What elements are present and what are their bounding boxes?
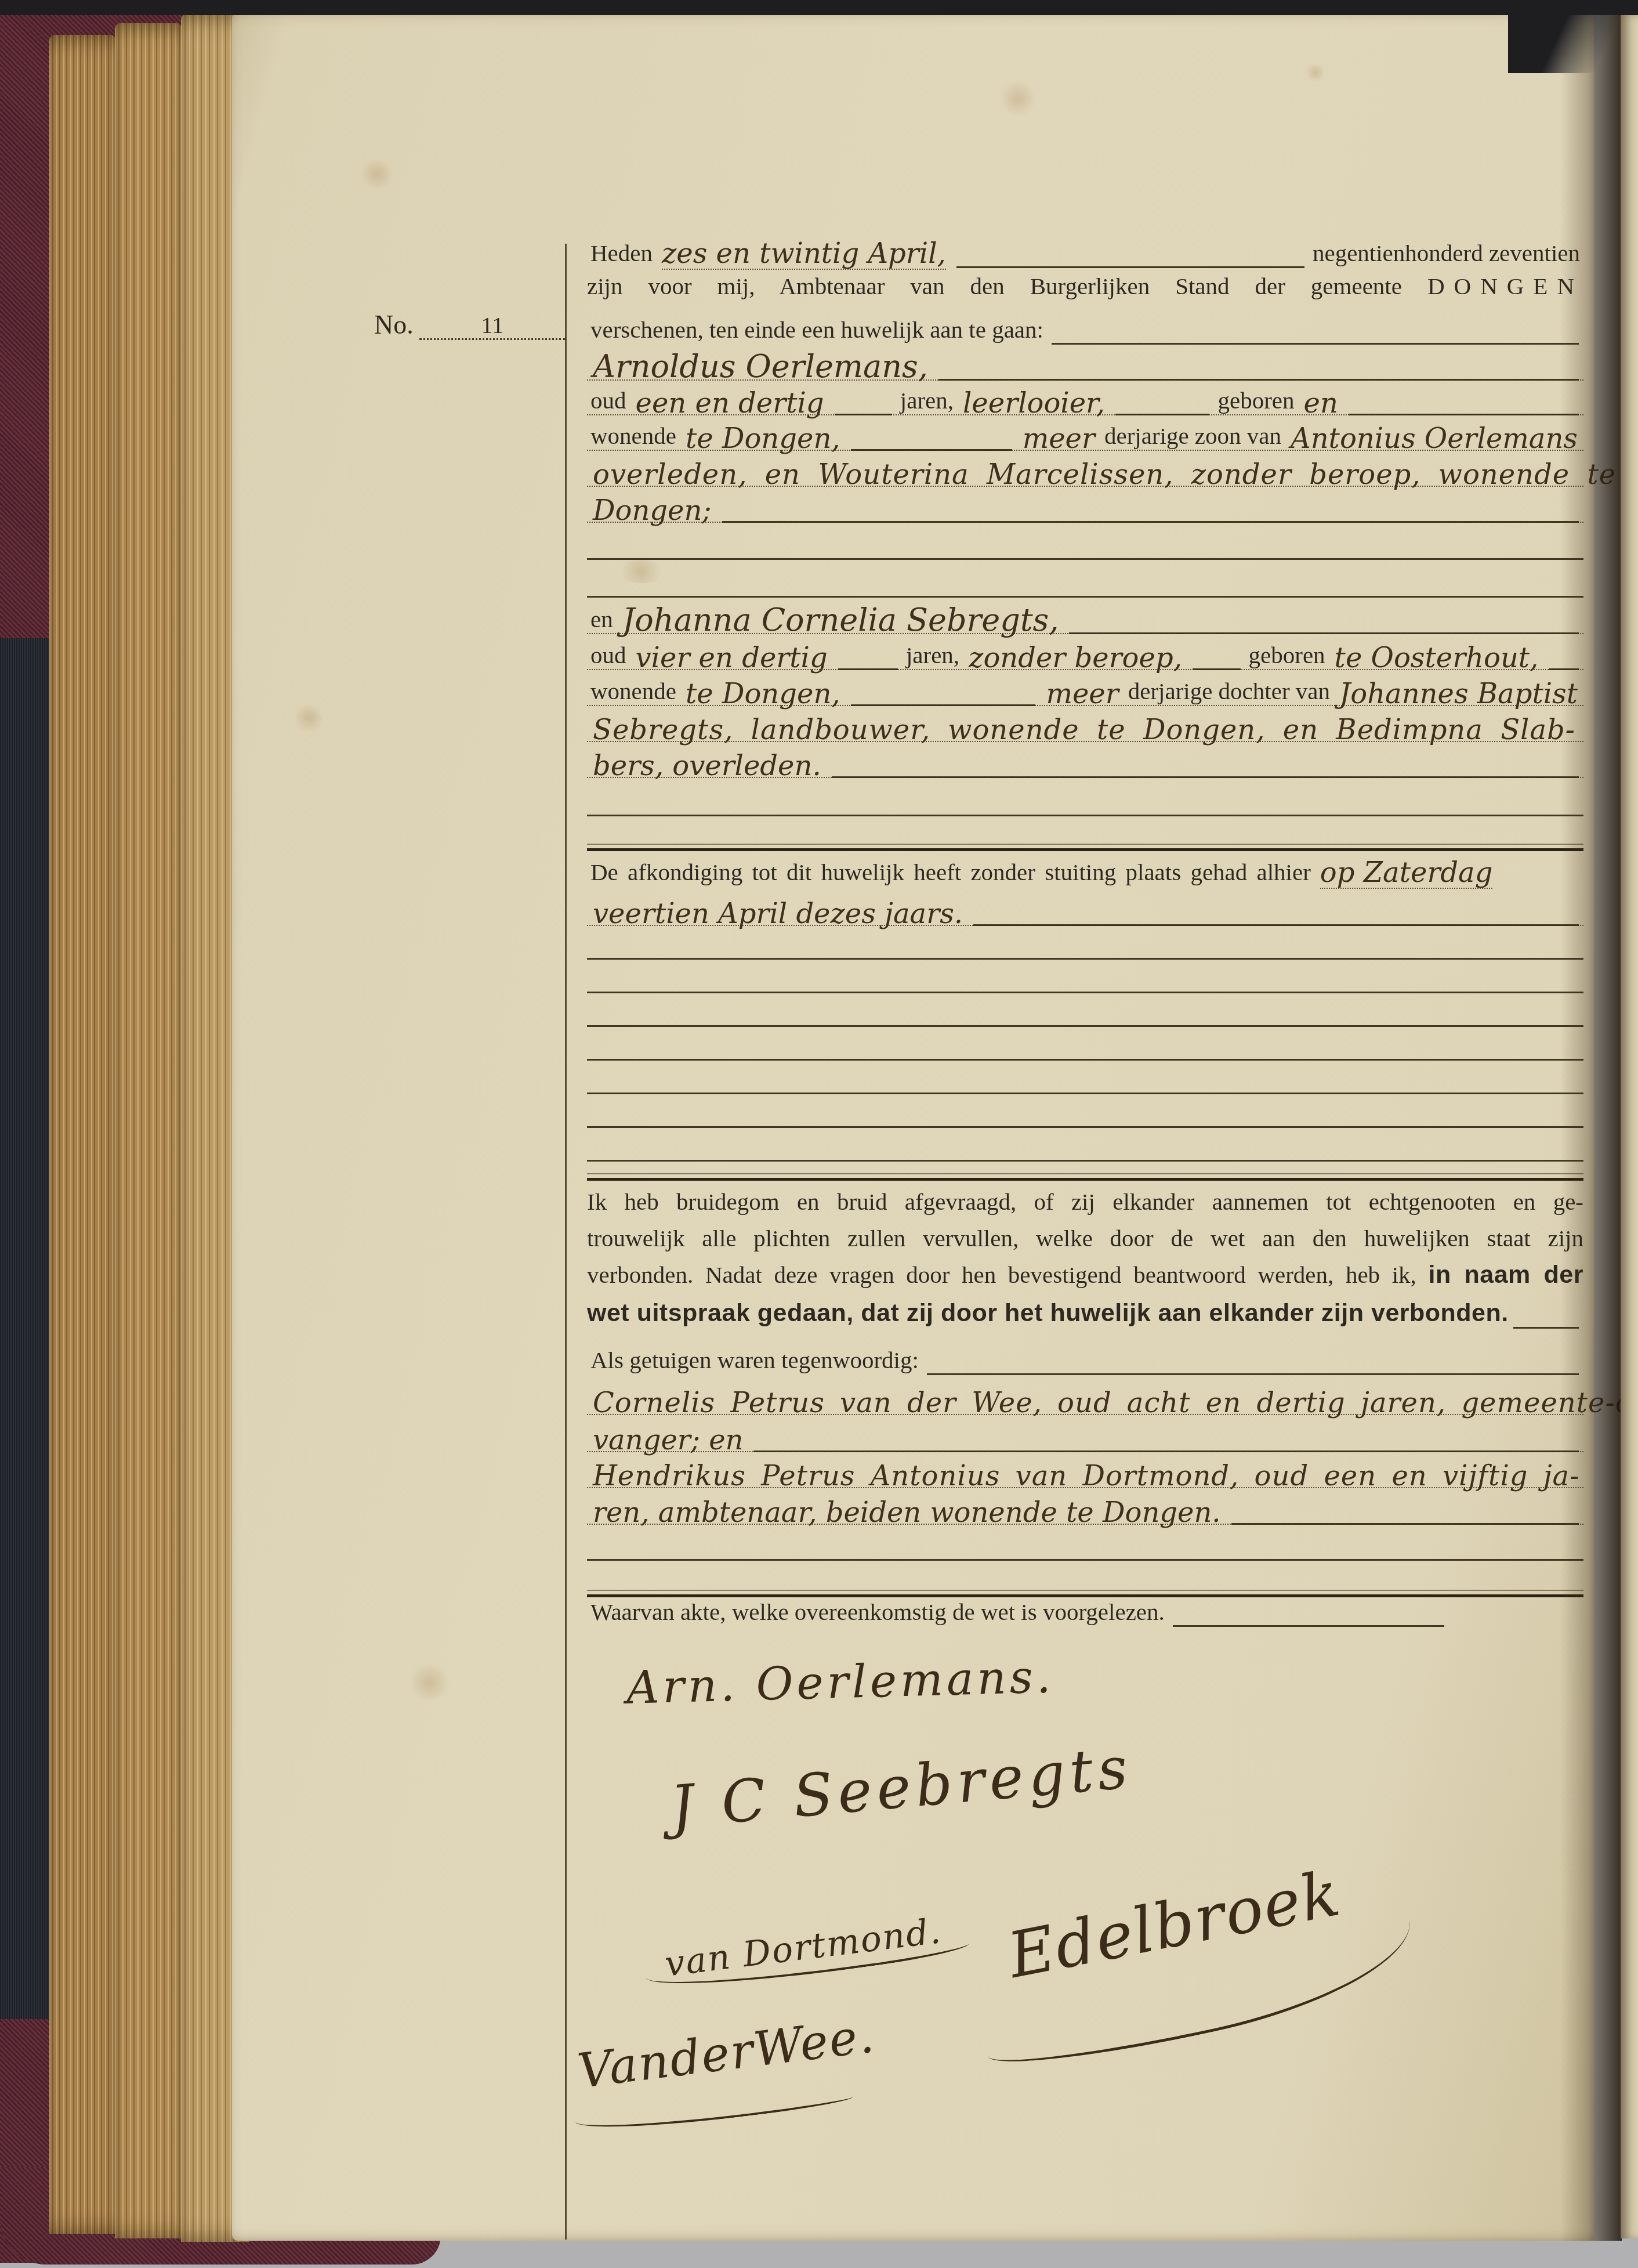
form-line-groom-age: oud een en dertig jaren, leerlooier, geb… <box>587 381 1583 415</box>
fill-line <box>1115 414 1209 415</box>
gutter-dark-wedge <box>1508 15 1638 73</box>
form-line-bride-parents: Sebregts, landbouwer, wonende te Dongen,… <box>587 707 1583 742</box>
fill-line <box>1231 1523 1579 1525</box>
blank-ruled-line <box>587 525 1583 559</box>
form-line-groom-parents: overleden, en Wouterina Marcelissen, zon… <box>587 452 1583 487</box>
form-line-vow-2: trouwelijk alle plichten zullen vervulle… <box>587 1220 1583 1256</box>
fill-line <box>1069 632 1579 634</box>
handwritten-groom-name: Arnoldus Oerlemans, <box>593 351 928 382</box>
fill-line <box>1052 343 1579 345</box>
printed-text: wonende <box>590 677 676 705</box>
fill-line <box>1549 668 1579 670</box>
form-line-groom-name: Arnoldus Oerlemans, <box>587 346 1583 381</box>
fill-line <box>851 449 1012 451</box>
page-edge-stack <box>49 35 116 2234</box>
printed-text: Als getuigen waren tegenwoordig: <box>590 1346 919 1374</box>
form-line-vow-1: Ik heb bruidegom en bruid afgevraagd, of… <box>587 1184 1583 1220</box>
printed-text: verbonden. Nadat deze vragen door hen be… <box>587 1261 1416 1288</box>
form-line-witness2-end: ren, ambtenaar, beiden wonende te Dongen… <box>587 1490 1583 1525</box>
form-line-date: Heden zes en twintig April, negentienhon… <box>587 233 1583 267</box>
handwritten-announcement-day: op Zaterdag <box>1320 859 1493 889</box>
form-line-announcement-date: veertien April dezes jaars. <box>587 891 1583 926</box>
form-line-bride-name: en Johanna Cornelia Sebregts, <box>587 599 1583 634</box>
municipality-name: DONGEN <box>1427 273 1583 299</box>
handwritten-text: overleden, en Wouterina Marcelissen, zon… <box>593 461 1616 489</box>
printed-text: oud <box>590 386 626 414</box>
printed-text: wonende <box>590 422 676 450</box>
fill-line <box>835 414 892 415</box>
handwritten-age: vier en dertig <box>636 644 828 672</box>
section-divider <box>587 848 1583 851</box>
handwritten-announcement-date: veertien April dezes jaars. <box>593 900 963 928</box>
printed-bold-text: wet uitspraak gedaan, dat zij door het h… <box>587 1299 1509 1327</box>
form-line-witness2: Hendrikus Petrus Antonius van Dortmond, … <box>587 1453 1583 1488</box>
printed-text: trouwelijk alle plichten zullen vervulle… <box>587 1225 1583 1251</box>
handwritten-text: en <box>1304 389 1338 417</box>
blank-ruled-line <box>587 958 1583 992</box>
handwritten-text: Dongen; <box>593 497 712 525</box>
page-stain <box>360 160 394 189</box>
handwritten-age: een en dertig <box>636 389 824 417</box>
act-number-block: No. 11 <box>374 305 566 340</box>
fill-line <box>1193 668 1241 670</box>
printed-text: derjarige dochter van <box>1128 677 1330 705</box>
form-line-vow-4: wet uitspraak gedaan, dat zij door het h… <box>587 1294 1583 1327</box>
printed-bold-text: in naam der <box>1428 1261 1583 1289</box>
act-number-value: 11 <box>419 314 566 340</box>
handwritten-residence: te Dongen, <box>686 425 840 453</box>
next-page-sliver <box>1621 15 1638 2238</box>
handwritten-birthplace: te Oosterhout, <box>1335 644 1539 672</box>
form-line-announcement: De afkondiging tot dit huwelijk heeft zo… <box>587 852 1583 886</box>
form-line-vow-3: verbonden. Nadat deze vragen door hen be… <box>587 1257 1583 1293</box>
printed-text: jaren, <box>906 641 959 669</box>
blank-ruled-line <box>587 1059 1583 1093</box>
form-line-witness1: Cornelis Petrus van der Wee, oud acht en… <box>587 1380 1583 1415</box>
printed-text: negentienhonderd zeventien <box>1313 239 1580 267</box>
printed-text: geboren <box>1249 641 1325 669</box>
handwritten-residence: te Dongen, <box>686 680 840 708</box>
printed-text: De afkondiging tot dit huwelijk heeft zo… <box>590 858 1311 886</box>
blank-ruled-line <box>587 992 1583 1026</box>
printed-text: Ik heb bruidegom en bruid afgevraagd, of… <box>587 1188 1583 1215</box>
page-stain <box>998 81 1038 116</box>
form-line-official: zijn voor mij, Ambtenaar van den Burgerl… <box>587 268 1583 304</box>
fill-line <box>851 704 1036 706</box>
form-line-groom-residence: wonende te Dongen, meer derjarige zoon v… <box>587 416 1583 451</box>
fill-line <box>832 776 1579 778</box>
handwritten-text: vanger; en <box>593 1426 743 1454</box>
form-line-witness1-end: vanger; en <box>587 1417 1583 1452</box>
handwritten-witness1: Cornelis Petrus van der Wee, oud acht en… <box>593 1389 1638 1417</box>
fill-line <box>1513 1327 1579 1329</box>
blank-ruled-line <box>587 1127 1583 1160</box>
blank-ruled-line <box>587 1526 1583 1560</box>
handwritten-occupation: leerlooier, <box>963 389 1105 417</box>
blank-ruled-line <box>587 563 1583 596</box>
fill-line <box>587 815 1583 816</box>
signature-groom: Arn. Oerlemans. <box>626 1651 1055 1714</box>
fill-line <box>587 1160 1583 1162</box>
form-vertical-rule <box>565 244 567 2240</box>
handwritten-text: meer <box>1046 680 1118 708</box>
printed-text: verschenen, ten einde een huwelijk aan t… <box>590 316 1043 343</box>
page-stain <box>293 705 325 731</box>
blank-ruled-line <box>587 1026 1583 1059</box>
handwritten-occupation: zonder beroep, <box>969 644 1182 672</box>
handwritten-date: zes en twintig April, <box>662 240 946 270</box>
printed-text: derjarige zoon van <box>1104 422 1281 450</box>
page-edge-stack <box>115 23 182 2238</box>
fill-line <box>587 596 1583 598</box>
handwritten-bride-name: Johanna Cornelia Sebregts, <box>622 605 1059 636</box>
handwritten-father-name: Antonius Oerlemans <box>1291 425 1578 453</box>
form-line-bride-residence: wonende te Dongen, meer derjarige dochte… <box>587 671 1583 706</box>
handwritten-text: ren, ambtenaar, beiden wonende te Dongen… <box>593 1499 1221 1527</box>
printed-text: jaren, <box>900 386 954 414</box>
printed-text: oud <box>590 641 626 669</box>
fill-line <box>722 521 1579 523</box>
fill-line <box>1349 414 1579 415</box>
printed-text: Heden <box>590 239 653 267</box>
handwritten-witness2: Hendrikus Petrus Antonius van Dortmond, … <box>593 1462 1579 1490</box>
page-stain <box>1305 64 1326 81</box>
form-line-closing: Waarvan akte, welke overeenkomstig de we… <box>587 1592 1583 1626</box>
handwritten-text: meer <box>1023 425 1095 453</box>
page-stain <box>406 1665 452 1700</box>
printed-text: Waarvan akte, welke overeenkomstig de we… <box>590 1598 1165 1626</box>
fill-line <box>587 558 1583 560</box>
handwritten-text: Sebregts, landbouwer, wonende te Dongen,… <box>593 716 1575 744</box>
fill-line <box>838 668 898 670</box>
handwritten-father-name: Johannes Baptist <box>1339 680 1578 708</box>
blank-ruled-line <box>587 782 1583 815</box>
handwritten-text: bers, overleden. <box>593 752 821 780</box>
section-divider <box>587 1178 1583 1181</box>
fill-line <box>1173 1625 1444 1627</box>
scan-background-top <box>0 0 1638 15</box>
printed-text: zijn voor mij, Ambtenaar van den Burgerl… <box>587 273 1402 299</box>
form-line-appeared: verschenen, ten einde een huwelijk aan t… <box>587 310 1583 343</box>
blank-ruled-line <box>587 925 1583 958</box>
fill-line <box>587 1559 1583 1561</box>
fill-line <box>753 1450 1579 1452</box>
blank-ruled-line <box>587 1093 1583 1127</box>
act-number-label: No. <box>374 309 414 340</box>
printed-text: en <box>590 605 613 633</box>
fill-line <box>927 1373 1579 1375</box>
form-line-bride-parents-end: bers, overleden. <box>587 743 1583 778</box>
form-line-bride-age: oud vier en dertig jaren, zonder beroep,… <box>587 635 1583 670</box>
printed-text: geboren <box>1217 386 1294 414</box>
form-line-witness-label: Als getuigen waren tegenwoordig: <box>587 1340 1583 1374</box>
form-line-groom-parents-end: Dongen; <box>587 488 1583 523</box>
